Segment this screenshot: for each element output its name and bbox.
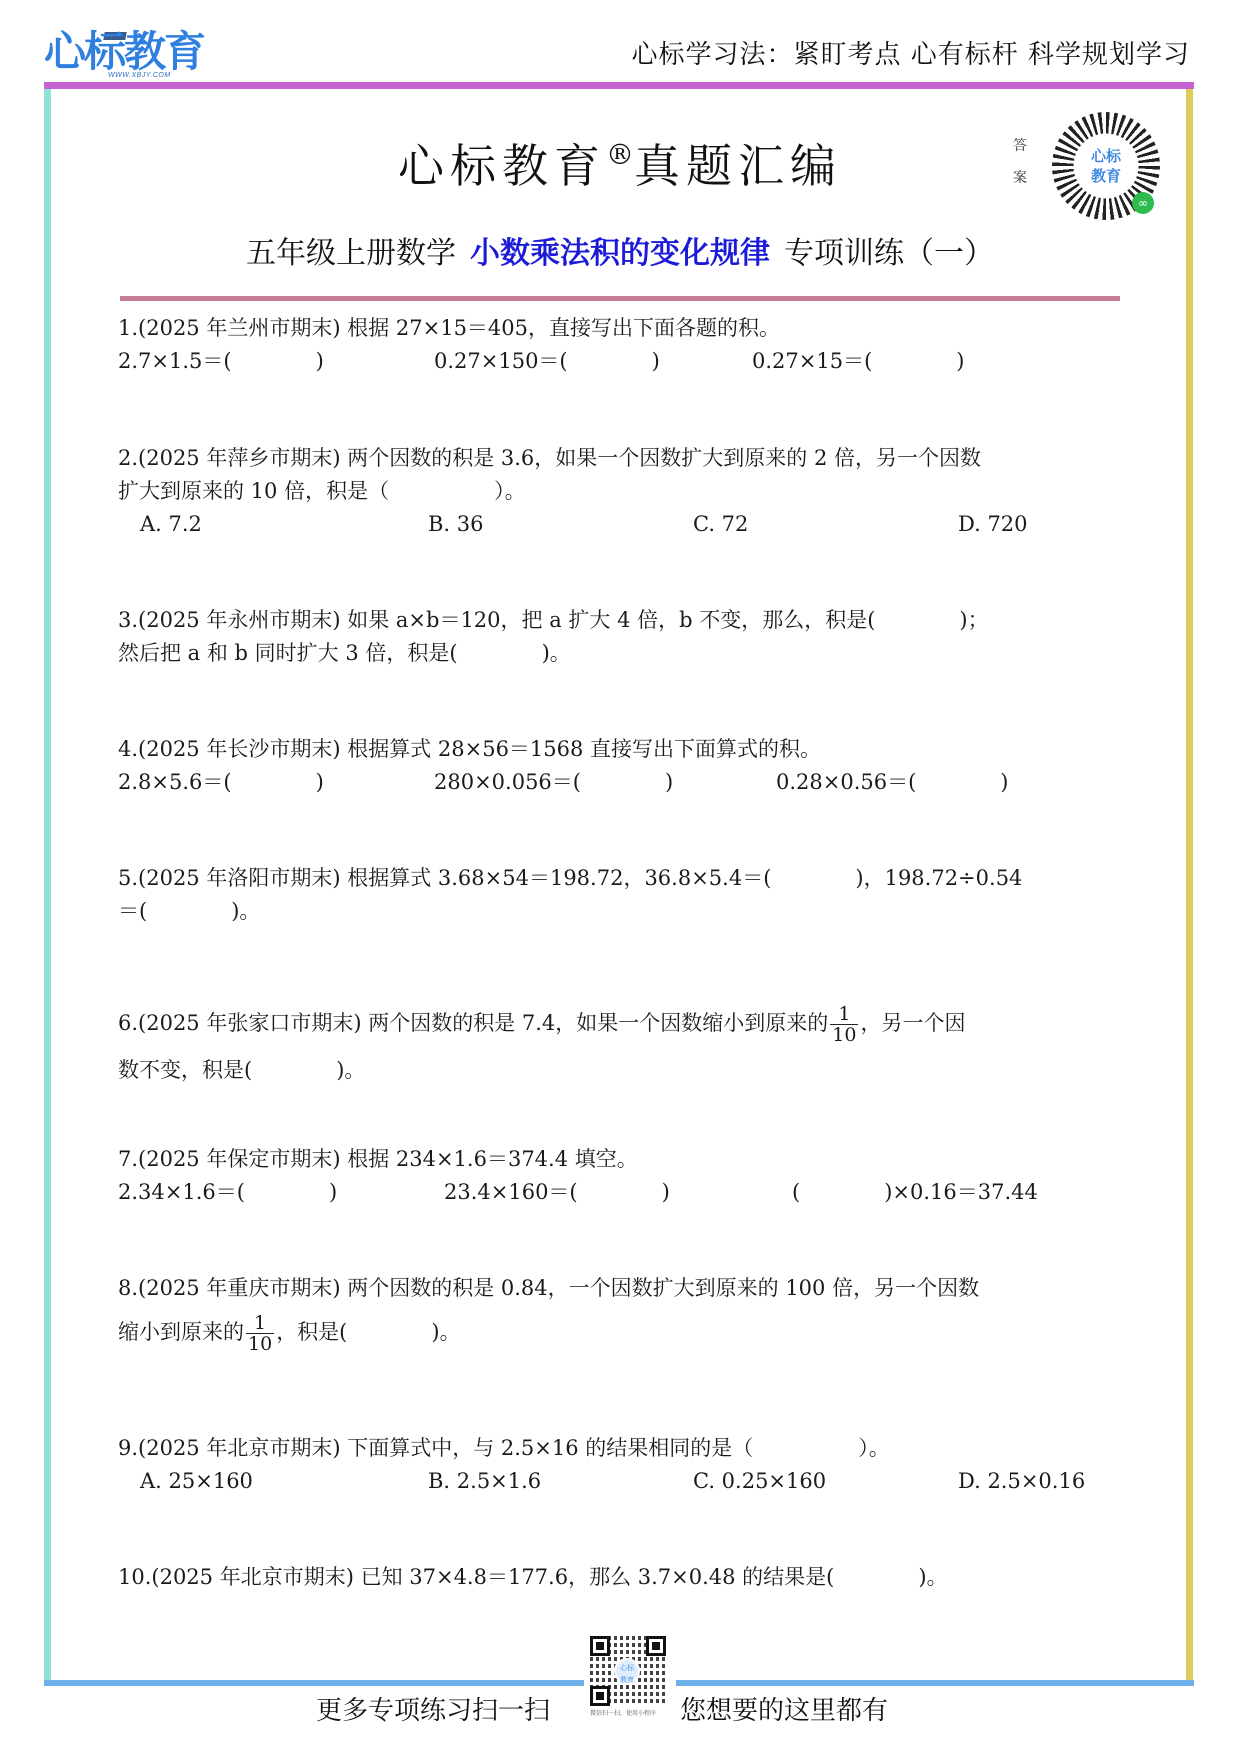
option-b: B. 2.5×1.6	[428, 1465, 541, 1498]
logo-text: 心标教育	[44, 26, 204, 78]
answer-blank: 2.7×1.5＝( )	[118, 345, 324, 378]
footer-text-left: 更多专项练习扫一扫	[316, 1690, 550, 1727]
frame-top-border	[44, 82, 1194, 89]
header-slogan: 心标学习法：紧盯考点 心有标杆 科学规划学习	[631, 34, 1190, 71]
answer-blank: 0.27×150＝( )	[434, 345, 660, 378]
answer-blank: 0.28×0.56＝( )	[776, 766, 1009, 799]
option-d: D. 720	[958, 508, 1028, 541]
question-6: 6.(2025 年张家口市期末) 两个因数的积是 7.4，如果一个因数缩小到原来…	[118, 1000, 1128, 1087]
registered-mark: ®	[606, 138, 634, 171]
question-text: 1.(2025 年兰州市期末) 根据 27×15＝405，直接写出下面各题的积。	[118, 312, 1128, 345]
answer-blank: 2.34×1.6＝( )	[118, 1176, 337, 1209]
qr-logo-line-1: 心标	[1078, 146, 1134, 166]
qr-logo: 心标 教育	[614, 1658, 640, 1684]
footer-qr-code[interactable]: 心标 教育 微信扫一扫，使用小程序	[588, 1634, 668, 1718]
question-1: 1.(2025 年兰州市期末) 根据 27×15＝405，直接写出下面各题的积。…	[118, 312, 1128, 378]
answer-blank: 23.4×160＝( )	[444, 1176, 670, 1209]
fraction-denominator: 10	[830, 1025, 858, 1045]
title-main: 心标教育	[398, 139, 606, 193]
option-c: C. 72	[693, 508, 748, 541]
option-b: B. 36	[428, 508, 484, 541]
qr-finder-icon	[590, 1636, 610, 1656]
title-suffix: 真题汇编	[634, 139, 842, 193]
title-divider	[120, 296, 1120, 301]
subtitle-prefix: 五年级上册数学	[246, 236, 456, 271]
answer-label-char-2: 案	[1010, 162, 1030, 194]
answer-options: A. 7.2 B. 36 C. 72 D. 720	[118, 508, 1128, 541]
qr-finder-icon	[646, 1636, 666, 1656]
question-8: 8.(2025 年重庆市期末) 两个因数的积是 0.84，一个因数扩大到原来的 …	[118, 1272, 1128, 1357]
question-7: 7.(2025 年保定市期末) 根据 234×1.6＝374.4 填空。 2.3…	[118, 1143, 1128, 1209]
question-text: 10.(2025 年北京市期末) 已知 37×4.8＝177.6，那么 3.7×…	[118, 1561, 1128, 1594]
question-text: 8.(2025 年重庆市期末) 两个因数的积是 0.84，一个因数扩大到原来的 …	[118, 1272, 1128, 1305]
question-5: 5.(2025 年洛阳市期末) 根据算式 3.68×54＝198.72，36.8…	[118, 862, 1128, 928]
answer-qr-code[interactable]: 心标 教育 ∞	[1052, 112, 1160, 220]
logo-url: WWW.XBJY.COM	[108, 72, 171, 79]
question-text: 6.(2025 年张家口市期末) 两个因数的积是 7.4，如果一个因数缩小到原来…	[118, 1000, 1128, 1046]
fraction-numerator: 1	[246, 1313, 274, 1334]
answer-label-char-1: 答	[1010, 130, 1030, 162]
fraction-numerator: 1	[830, 1004, 858, 1025]
fraction-denominator: 10	[246, 1334, 274, 1354]
option-c: C. 0.25×160	[693, 1465, 826, 1498]
question-text: 9.(2025 年北京市期末) 下面算式中，与 2.5×16 的结果相同的是（ …	[118, 1432, 1128, 1465]
question-text: 4.(2025 年长沙市期末) 根据算式 28×56＝1568 直接写出下面算式…	[118, 733, 1128, 766]
answer-items: 2.34×1.6＝( ) 23.4×160＝( ) ( )×0.16＝37.44	[118, 1176, 1128, 1209]
fraction: 110	[830, 1004, 858, 1045]
frame-right-border	[1186, 89, 1193, 1681]
question-text-part: 缩小到原来的	[118, 1320, 244, 1344]
question-9: 9.(2025 年北京市期末) 下面算式中，与 2.5×16 的结果相同的是（ …	[118, 1432, 1128, 1498]
qr-finder-icon	[590, 1686, 610, 1706]
question-text: 7.(2025 年保定市期末) 根据 234×1.6＝374.4 填空。	[118, 1143, 1128, 1176]
subtitle-topic: 小数乘法积的变化规律	[470, 236, 770, 271]
qr-logo: 心标 教育	[1078, 138, 1134, 194]
question-10: 10.(2025 年北京市期末) 已知 37×4.8＝177.6，那么 3.7×…	[118, 1561, 1128, 1594]
question-text: 缩小到原来的110，积是( )。	[118, 1307, 1128, 1357]
option-a: A. 7.2	[140, 508, 202, 541]
subtitle: 五年级上册数学小数乘法积的变化规律专项训练（一）	[0, 228, 1240, 272]
option-a: A. 25×160	[140, 1465, 253, 1498]
subtitle-suffix: 专项训练（一）	[784, 236, 994, 271]
question-text-part: ，另一个因	[860, 1011, 965, 1035]
question-2: 2.(2025 年萍乡市期末) 两个因数的积是 3.6，如果一个因数扩大到原来的…	[118, 442, 1128, 541]
answer-blank: 0.27×15＝( )	[752, 345, 964, 378]
frame-bottom-border-left	[44, 1680, 584, 1686]
answer-blank: 2.8×5.6＝( )	[118, 766, 324, 799]
question-text: 数不变，积是( )。	[118, 1054, 1128, 1087]
question-text-part: ，积是( )。	[276, 1320, 460, 1344]
question-4: 4.(2025 年长沙市期末) 根据算式 28×56＝1568 直接写出下面算式…	[118, 733, 1128, 799]
answer-items: 2.8×5.6＝( ) 280×0.056＝( ) 0.28×0.56＝( )	[118, 766, 1128, 799]
question-text: 2.(2025 年萍乡市期末) 两个因数的积是 3.6，如果一个因数扩大到原来的…	[118, 442, 1128, 475]
question-text: 3.(2025 年永州市期末) 如果 a×b＝120，把 a 扩大 4 倍，b …	[118, 604, 1128, 637]
frame-bottom-border-right	[676, 1680, 1194, 1686]
footer-text-right: 您想要的这里都有	[680, 1690, 888, 1727]
mini-program-icon: ∞	[1132, 192, 1154, 214]
brand-logo: 心标教育 WWW.XBJY.COM	[44, 26, 204, 82]
answer-blank: 280×0.056＝( )	[434, 766, 673, 799]
question-text: 然后把 a 和 b 同时扩大 3 倍，积是( )。	[118, 637, 1128, 670]
option-d: D. 2.5×0.16	[958, 1465, 1085, 1498]
question-text: 5.(2025 年洛阳市期末) 根据算式 3.68×54＝198.72，36.8…	[118, 862, 1128, 895]
question-text-part: 6.(2025 年张家口市期末) 两个因数的积是 7.4，如果一个因数缩小到原来…	[118, 1011, 828, 1035]
frame-left-border	[44, 89, 51, 1681]
question-text: 扩大到原来的 10 倍，积是（ ）。	[118, 475, 1128, 508]
answer-blank: ( )×0.16＝37.44	[792, 1176, 1038, 1209]
answer-items: 2.7×1.5＝( ) 0.27×150＝( ) 0.27×15＝( )	[118, 345, 1128, 378]
fraction: 110	[246, 1313, 274, 1354]
answer-options: A. 25×160 B. 2.5×1.6 C. 0.25×160 D. 2.5×…	[118, 1465, 1128, 1498]
question-3: 3.(2025 年永州市期末) 如果 a×b＝120，把 a 扩大 4 倍，b …	[118, 604, 1128, 670]
qr-caption: 微信扫一扫，使用小程序	[590, 1708, 668, 1717]
qr-logo-line-2: 教育	[1078, 166, 1134, 186]
question-text: ＝( )。	[118, 895, 1128, 928]
answer-label: 答 案	[1010, 130, 1030, 194]
